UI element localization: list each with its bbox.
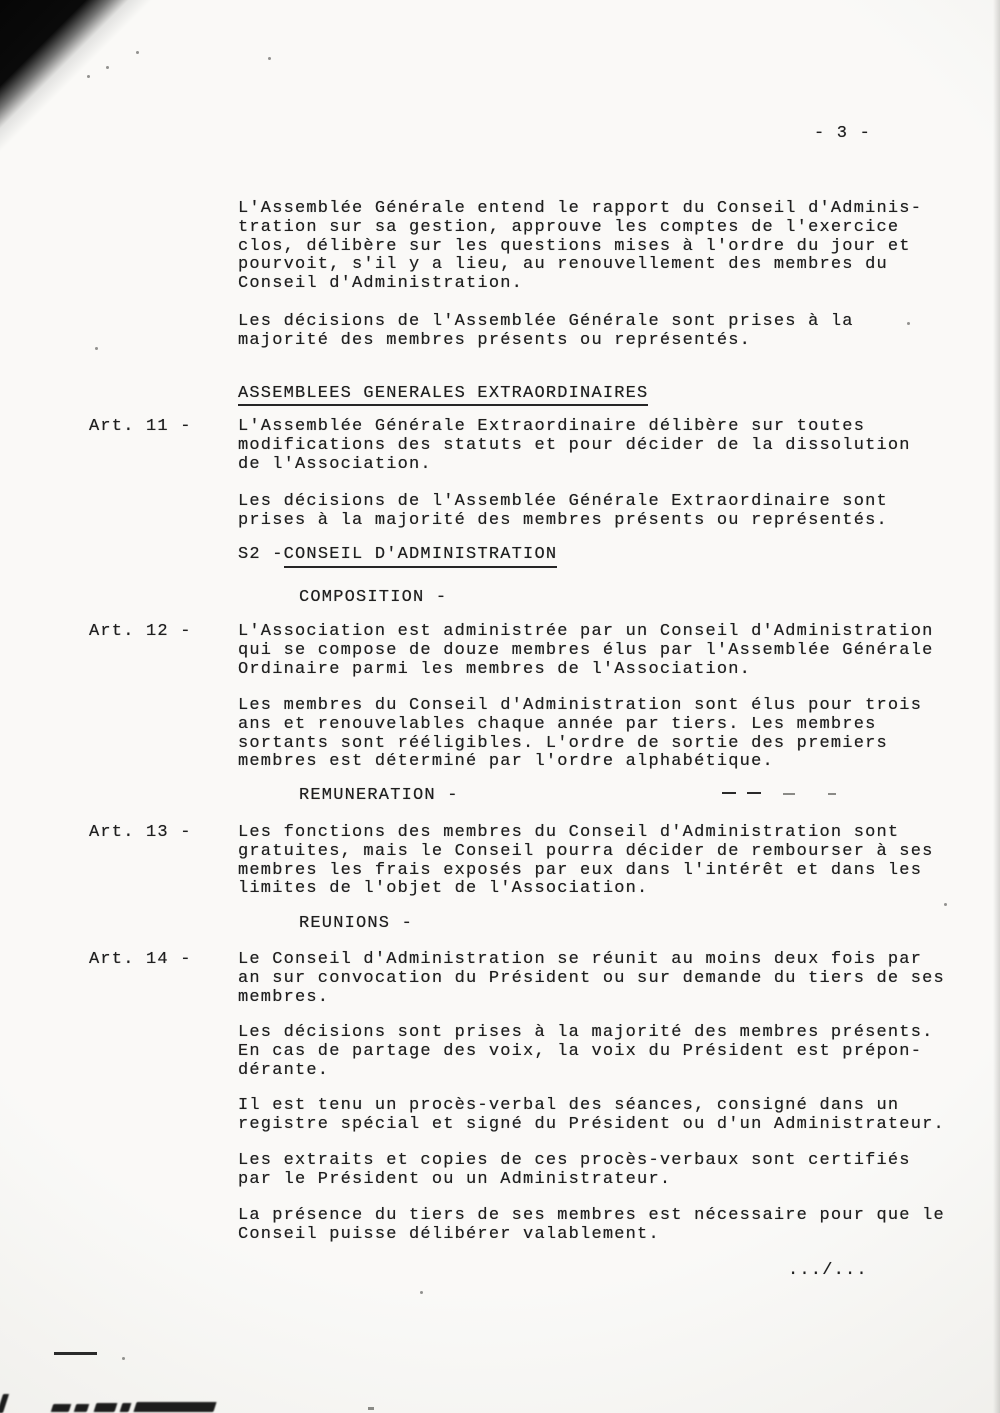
scan-speck bbox=[122, 1357, 125, 1360]
scan-speck bbox=[420, 1291, 423, 1294]
continuation-mark: .../... bbox=[788, 1262, 868, 1281]
scan-smudge bbox=[368, 1407, 374, 1410]
scan-speck bbox=[87, 75, 90, 78]
article-11-paragraph-1: L'Assemblée Générale Extraordinaire déli… bbox=[238, 418, 911, 474]
section-s2-title: CONSEIL D'ADMINISTRATION bbox=[284, 546, 558, 568]
scan-speck bbox=[944, 903, 947, 906]
scan-right-edge-shadow bbox=[993, 0, 1000, 1413]
scan-smudge bbox=[120, 1403, 132, 1412]
scanned-document-page: - 3 - L'Assemblée Générale entend le rap… bbox=[0, 0, 1000, 1413]
article-14-paragraph-3: Il est tenu un procès-verbal des séances… bbox=[238, 1097, 945, 1135]
scan-smudge bbox=[74, 1404, 90, 1412]
article-11-label: Art. 11 - bbox=[89, 418, 192, 437]
article-13-paragraph-1: Les fonctions des membres du Conseil d'A… bbox=[238, 824, 934, 899]
article-14-paragraph-4: Les extraits et copies de ces procès-ver… bbox=[238, 1152, 911, 1190]
article-12-label: Art. 12 - bbox=[89, 623, 192, 642]
intro-paragraph-1: L'Assemblée Générale entend le rapport d… bbox=[238, 200, 922, 294]
scan-corner-fold bbox=[0, 0, 165, 165]
article-12-paragraph-2: Les membres du Conseil d'Administration … bbox=[238, 697, 922, 772]
article-14-paragraph-1: Le Conseil d'Administration se réunit au… bbox=[238, 951, 945, 1007]
subheading-reunions: REUNIONS - bbox=[299, 915, 413, 934]
article-12-paragraph-1: L'Association est administrée par un Con… bbox=[238, 623, 934, 679]
article-14-paragraph-2: Les décisions sont prises à la majorité … bbox=[238, 1024, 934, 1080]
article-14-paragraph-5: La présence du tiers de ses membres est … bbox=[238, 1207, 945, 1245]
section-heading-s2: S2 - CONSEIL D'ADMINISTRATION bbox=[238, 546, 557, 568]
article-14-label: Art. 14 - bbox=[89, 951, 192, 970]
scan-dash-mark bbox=[747, 792, 761, 794]
intro-paragraph-2: Les décisions de l'Assemblée Générale so… bbox=[238, 313, 854, 351]
scan-line-mark bbox=[54, 1352, 97, 1355]
scan-smudge bbox=[94, 1403, 118, 1412]
scan-speck bbox=[106, 66, 109, 69]
article-13-label: Art. 13 - bbox=[89, 824, 192, 843]
scan-speck bbox=[268, 57, 271, 60]
scan-speck bbox=[95, 347, 98, 350]
section-s2-prefix: S2 - bbox=[238, 546, 284, 565]
page-number: - 3 - bbox=[814, 125, 871, 144]
section-heading-text: ASSEMBLEES GENERALES EXTRAORDINAIRES bbox=[238, 384, 648, 406]
scan-dash-mark bbox=[828, 793, 836, 795]
subheading-remuneration: REMUNERATION - bbox=[299, 787, 459, 806]
subheading-composition: COMPOSITION - bbox=[299, 589, 447, 608]
scan-speck bbox=[136, 51, 139, 54]
scan-smudge bbox=[0, 1394, 9, 1413]
scan-smudge bbox=[133, 1402, 216, 1412]
scan-speck bbox=[907, 322, 910, 325]
scan-smudge bbox=[51, 1404, 72, 1412]
scan-dash-mark bbox=[722, 792, 736, 794]
article-11-paragraph-2: Les décisions de l'Assemblée Générale Ex… bbox=[238, 493, 888, 531]
section-heading-assemblees-extraordinaires: ASSEMBLEES GENERALES EXTRAORDINAIRES bbox=[238, 385, 648, 404]
scan-dash-mark bbox=[783, 793, 795, 795]
